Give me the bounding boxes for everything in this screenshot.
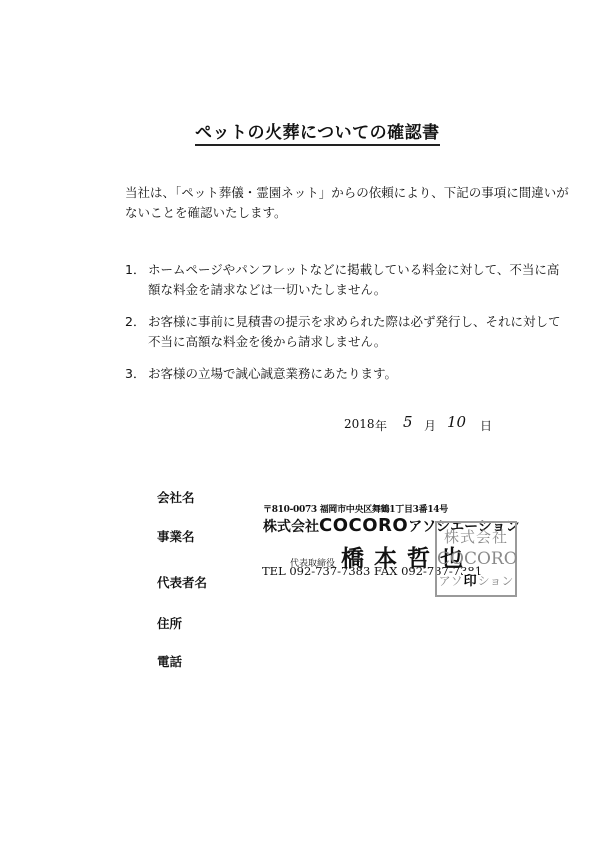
seal-mark: 印 [463, 571, 478, 593]
item-1-line-1: ホームページやパンフレットなどに掲載している料金に対して、不当に高 [148, 260, 559, 280]
seal-row-3-left: アソ [439, 574, 463, 588]
date-day: 10 [447, 413, 466, 431]
date-month-unit: 月 [424, 417, 436, 434]
intro-line-2: ないことを確認いたします。 [125, 203, 287, 223]
item-2-line-1: お客様に事前に見積書の提示を求められた際は必ず発行し、それに対して [148, 312, 561, 332]
item-2-number: 2． [125, 312, 145, 332]
document-title: ペットの火葬についての確認書 [195, 118, 440, 146]
date-month: 5 [403, 413, 413, 431]
seal-row-3: アソ印ション [437, 570, 515, 593]
seal-row-3-right: ション [478, 574, 514, 588]
item-2-line-2: 不当に高額な料金を後から請求しません。 [148, 332, 386, 352]
company-name: COCORO [319, 515, 408, 536]
company-prefix: 株式会社 [263, 519, 319, 535]
item-3-number: 3． [125, 364, 145, 384]
intro-line-1: 当社は、「ペット葬儀・霊園ネット」からの依頼により、下記の事項に間違いが [125, 183, 569, 203]
item-3-line-1: お客様の立場で誠心誠意業務にあたります。 [148, 364, 397, 384]
seal-row-2: COCORO [437, 548, 515, 570]
date-year: 2018 [344, 417, 375, 431]
label-address: 住所 [157, 614, 182, 632]
label-business: 事業名 [157, 527, 195, 545]
item-1-number: 1． [125, 260, 145, 280]
label-phone: 電話 [157, 652, 182, 670]
date-year-unit: 年 [375, 417, 387, 434]
label-representative: 代表者名 [157, 573, 207, 591]
seal-row-1: 株式会社 [437, 526, 515, 548]
date-day-unit: 日 [480, 417, 492, 434]
item-1-line-2: 額な料金を請求などは一切いたしません。 [148, 280, 386, 300]
company-seal: 株式会社 COCORO アソ印ション [435, 521, 517, 597]
label-company: 会社名 [157, 488, 195, 506]
company-address: 〒810-0073 福岡市中央区舞鶴1丁目3番14号 [263, 502, 448, 515]
